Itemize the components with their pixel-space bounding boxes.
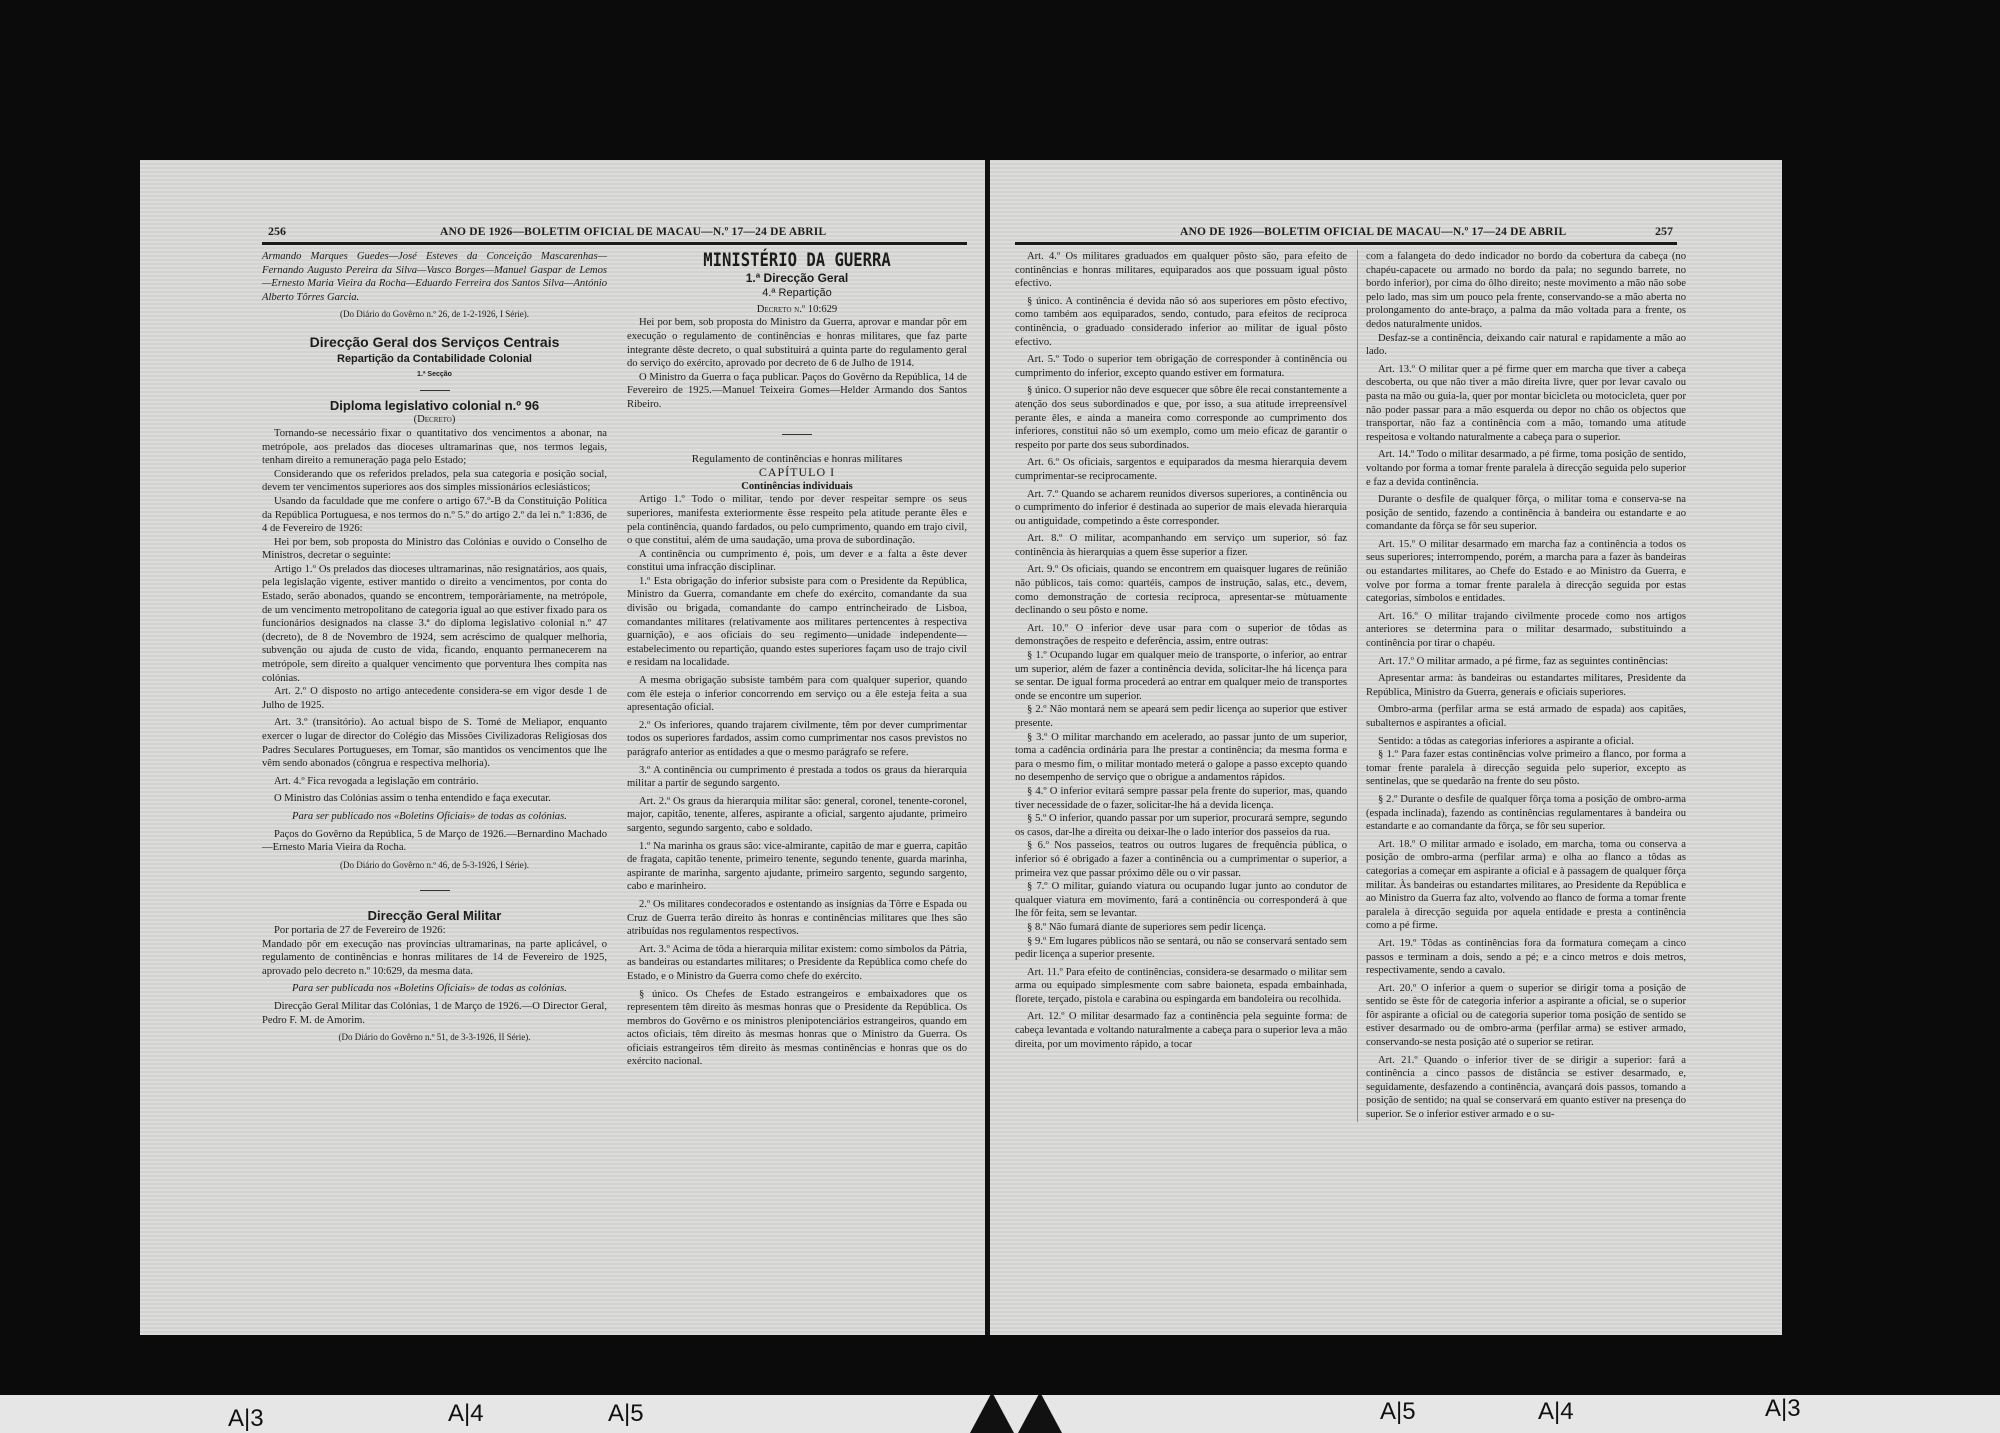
paragraph: Art. 9.º Os oficiais, quando se encontre… (1015, 563, 1347, 617)
ministry-title: MINISTÉRIO DA GUERRA (658, 254, 937, 268)
repartition: 4.ª Repartição (627, 287, 967, 301)
paragraph: 2.º Os inferiores, quando trajarem civil… (627, 719, 967, 760)
left-page: 256 ANO DE 1926—BOLETIM OFICIAL DE MACAU… (140, 160, 985, 1335)
paragraph: § 6.º Nos passeios, teatros ou outros lu… (1015, 839, 1347, 880)
paragraph: O Ministro da Guerra o faça publicar. Pa… (627, 371, 967, 412)
paragraph: § 1.º Ocupando lugar em qualquer meio de… (1015, 649, 1347, 703)
paragraph: Art. 11.º Para efeito de continências, c… (1015, 966, 1347, 1007)
paragraph: Art. 13.º O militar quer a pé firme quer… (1366, 363, 1686, 445)
header-rule-left (262, 242, 967, 245)
right-col-1: Art. 4.º Os militares graduados em qualq… (1015, 250, 1347, 1051)
paragraph: Sentido: a tôdas as categorias inferiore… (1366, 735, 1686, 749)
paragraph: Art. 20.º O inferior a quem o superior s… (1366, 982, 1686, 1050)
chapter-title: Continências individuais (627, 480, 967, 494)
paragraph: Art. 21.º Quando o inferior tiver de se … (1366, 1054, 1686, 1122)
triangle-marker-icon (970, 1392, 1014, 1433)
signatories: Armando Marques Guedes—José Esteves da C… (262, 250, 607, 304)
paragraph: Art. 4.º Fica revogada a legislação em c… (262, 775, 607, 789)
paragraph: § 3.º O militar marchando em acelerado, … (1015, 731, 1347, 785)
paragraph: Art. 3.º (transitório). Ao actual bispo … (262, 716, 607, 770)
paragraph: 3.º A continência ou cumprimento é prest… (627, 764, 967, 791)
paragraph: com a falangeta do dedo indicador no bor… (1366, 250, 1686, 332)
left-col-2: MINISTÉRIO DA GUERRA 1.ª Direcção Geral … (627, 250, 967, 1069)
paragraph: 1.º Esta obrigação do inferior subsiste … (627, 575, 967, 670)
paragraph: A continência ou cumprimento é, pois, um… (627, 548, 967, 575)
paragraph: § único. O superior não deve esquecer qu… (1015, 384, 1347, 452)
diploma-title: Diploma legislativo colonial n.º 96 (262, 399, 607, 413)
paragraph: § 7.º O militar, guiando viatura ou ocup… (1015, 880, 1347, 921)
citation: (Do Diário do Govêrno n.º 26, de 1-2-192… (262, 308, 607, 322)
frame-marker: A|3 (1765, 1395, 1801, 1423)
paragraph: Art. 19.º Tôdas as continências fora da … (1366, 937, 1686, 978)
frame-marker: A|4 (448, 1400, 484, 1428)
paragraph: Art. 14.º Todo o militar desarmado, a pé… (1366, 448, 1686, 489)
closing: Direcção Geral Militar das Colónias, 1 d… (262, 1000, 607, 1027)
paragraph: Hei por bem, sob proposta do Ministro da… (262, 536, 607, 563)
paragraph: Art. 7.º Quando se acharem reunidos dive… (1015, 488, 1347, 529)
closing: Paços do Govêrno da República, 5 de Març… (262, 828, 607, 855)
paragraph: § 9.º Em lugares públicos não se sentará… (1015, 935, 1347, 962)
paragraph: Art. 16.º O militar trajando civilmente … (1366, 610, 1686, 651)
publish-note: Para ser publicada nos «Boletins Oficiai… (262, 982, 607, 996)
paragraph: § 1.º Para fazer estas continências volv… (1366, 748, 1686, 789)
paragraph: Art. 4.º Os militares graduados em qualq… (1015, 250, 1347, 291)
regulation-title: Regulamento de continências e honras mil… (627, 453, 967, 467)
paragraph: Art. 18.º O militar armado e isolado, em… (1366, 838, 1686, 933)
diploma-type: (Decreto) (262, 413, 607, 427)
paragraph: Art. 5.º Todo o superior tem obrigação d… (1015, 353, 1347, 380)
paragraph: Durante o desfile de qualquer fôrça, o m… (1366, 493, 1686, 534)
header-rule-right (1015, 242, 1677, 245)
paragraph: Art. 12.º O militar desarmado faz a cont… (1015, 1010, 1347, 1051)
paragraph: Tornando-se necessário fixar o quantitat… (262, 427, 607, 468)
paragraph: Artigo 1.º Os prelados das dioceses ultr… (262, 563, 607, 685)
frame-marker: A|5 (1380, 1398, 1416, 1426)
paragraph: Art. 6.º Os oficiais, sargentos e equipa… (1015, 456, 1347, 483)
separator (420, 890, 450, 891)
frame-marker: A|3 (228, 1405, 264, 1433)
paragraph: Considerando que os referidos prelados, … (262, 468, 607, 495)
decree-number: Decreto n.º 10:629 (627, 303, 967, 317)
paragraph: Artigo 1.º Todo o militar, tendo por dev… (627, 493, 967, 547)
chapter: CAPÍTULO I (627, 466, 967, 480)
paragraph: Hei por bem, sob proposta do Ministro da… (627, 316, 967, 370)
section2-title: Direcção Geral Militar (262, 909, 607, 923)
paragraph: § 8.º Não fumará diante de superiores se… (1015, 921, 1347, 935)
paragraph: Art. 8.º O militar, acompanhando em serv… (1015, 532, 1347, 559)
running-head-left: ANO DE 1926—BOLETIM OFICIAL DE MACAU—N.º… (440, 226, 826, 238)
triangle-marker-icon (1018, 1392, 1062, 1433)
paragraph: A mesma obrigação subsiste também para c… (627, 674, 967, 715)
paragraph: § 2.º Durante o desfile de qualquer fôrç… (1366, 793, 1686, 834)
frame-marker: A|5 (608, 1400, 644, 1428)
paragraph: Art. 17.º O militar armado, a pé firme, … (1366, 655, 1686, 669)
paragraph: Apresentar arma: às bandeiras ou estanda… (1366, 672, 1686, 699)
direction: 1.ª Direcção Geral (627, 272, 967, 286)
paragraph: Art. 15.º O militar desarmado em marcha … (1366, 538, 1686, 606)
paragraph: 2.º Os militares condecorados e ostentan… (627, 898, 967, 939)
paragraph: O Ministro das Colónias assim o tenha en… (262, 792, 607, 806)
paragraph: § único. Os Chefes de Estado estrangeiro… (627, 988, 967, 1070)
paragraph: Art. 2.º O disposto no artigo antecedent… (262, 685, 607, 712)
citation: (Do Diário do Govêrno n.º 51, de 3-3-192… (262, 1031, 607, 1045)
publish-note: Para ser publicado nos «Boletins Oficiai… (262, 810, 607, 824)
paragraph: § 5.º O inferior, quando passar por um s… (1015, 812, 1347, 839)
paragraph: 1.º Na marinha os graus são: vice-almira… (627, 840, 967, 894)
paragraph: Art. 2.º Os graus da hierarquia militar … (627, 795, 967, 836)
page-number-right: 257 (1655, 224, 1673, 239)
separator (420, 390, 450, 391)
section-title: Direcção Geral dos Serviços Centrais (262, 336, 607, 350)
mandado: Mandado pôr em execução nas províncias u… (262, 938, 607, 979)
section-subtitle: Repartição da Contabilidade Colonial (262, 353, 607, 367)
paragraph: Usando da faculdade que me confere o art… (262, 495, 607, 536)
separator (782, 434, 812, 435)
paragraph: Art. 3.º Acima de tôda a hierarquia mili… (627, 943, 967, 984)
paragraph: Art. 10.º O inferior deve usar para com … (1015, 622, 1347, 649)
portaria: Por portaria de 27 de Fevereiro de 1926: (262, 924, 607, 938)
frame-marker: A|4 (1538, 1398, 1574, 1426)
left-col-1: Armando Marques Guedes—José Esteves da C… (262, 250, 607, 1045)
right-col-2: com a falangeta do dedo indicador no bor… (1357, 250, 1686, 1122)
section-sub2: 1.ª Secção (262, 368, 607, 382)
running-head-right: ANO DE 1926—BOLETIM OFICIAL DE MACAU—N.º… (1180, 226, 1566, 238)
paragraph: Ombro-arma (perfilar arma se está armado… (1366, 703, 1686, 730)
paragraph: Desfaz-se a continência, deixando cair n… (1366, 332, 1686, 359)
paragraph: § único. A continência é devida não só a… (1015, 295, 1347, 349)
paragraph: § 2.º Não montará nem se apeará sem pedi… (1015, 703, 1347, 730)
paragraph: § 4.º O inferior evitará sempre passar p… (1015, 785, 1347, 812)
citation: (Do Diário do Govêrno n.º 46, de 5-3-192… (262, 859, 607, 873)
page-number-left: 256 (268, 224, 286, 239)
right-page: ANO DE 1926—BOLETIM OFICIAL DE MACAU—N.º… (990, 160, 1782, 1335)
